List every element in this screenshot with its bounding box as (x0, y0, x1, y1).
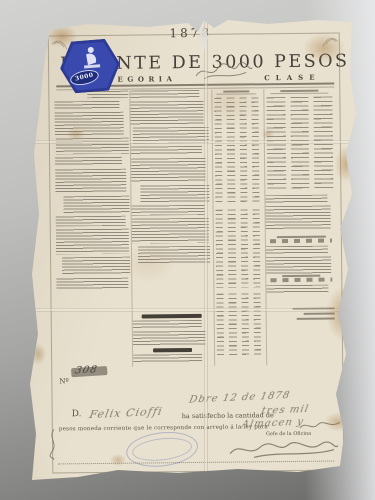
fine-print-block (55, 169, 126, 194)
clase-label: CLASE (264, 73, 320, 83)
text-column-1 (54, 91, 131, 368)
fine-print-block (266, 206, 331, 230)
fine-print-block (64, 196, 130, 214)
fine-print-block (62, 257, 130, 276)
fine-print-block (266, 285, 328, 294)
text-column-2 (130, 90, 211, 367)
numero-field: Nº 308 (59, 368, 69, 387)
number-column (214, 98, 222, 204)
table-mini-heading (223, 90, 249, 92)
fold-crease-horizontal (28, 140, 358, 144)
fine-print-block (133, 331, 206, 347)
office-oval-stamp-inner (131, 435, 193, 464)
official-signature (226, 436, 342, 461)
table-mini-rule (217, 93, 256, 94)
fine-print-block (133, 320, 202, 329)
number-column (228, 210, 236, 288)
printed-layer: 1878 PATENTE DE 3000 PESOS CATEGORIA CLA… (26, 12, 361, 489)
fine-print-paragraphs (266, 246, 336, 275)
fine-print-block (131, 158, 206, 183)
numero-handwritten: 308 (74, 365, 99, 377)
tariff-table-column (212, 89, 263, 365)
fine-print-block (56, 216, 126, 227)
fine-print-paragraphs (133, 354, 211, 367)
fine-print-block (55, 157, 122, 167)
fine-print-block (131, 146, 202, 156)
number-column (216, 210, 224, 288)
table-mini-heading (282, 275, 321, 277)
fine-print-block (132, 218, 209, 244)
fine-print-paragraphs (133, 320, 211, 347)
fine-print-body (54, 88, 339, 367)
number-column (240, 209, 248, 287)
fine-print-block (266, 246, 328, 255)
number-column (252, 209, 260, 287)
number-column (241, 293, 249, 357)
section-header-bar (141, 314, 202, 319)
number-row (270, 239, 332, 244)
fine-print-block (132, 205, 205, 216)
don-label: D. (72, 409, 82, 419)
photo-background: 1878 PATENTE DE 3000 PESOS CATEGORIA CLA… (0, 0, 375, 500)
number-column (251, 97, 259, 203)
number-column (253, 293, 261, 357)
number-table (214, 209, 263, 287)
fine-print-block (130, 90, 199, 99)
signature-line (303, 313, 335, 315)
number-column (239, 97, 247, 203)
section-header-bar (153, 348, 192, 352)
fine-print-block (140, 185, 210, 203)
patent-document-sheet: 1878 PATENTE DE 3000 PESOS CATEGORIA CLA… (28, 14, 358, 488)
fine-print-block (56, 278, 128, 290)
fine-print-block (266, 257, 331, 275)
fine-print-paragraphs (130, 90, 210, 313)
number-column (229, 294, 237, 358)
fine-print-block (55, 112, 124, 136)
signature-line (296, 318, 335, 320)
number-table (214, 293, 263, 357)
fold-crease-vertical (204, 14, 208, 488)
tariff-table-column-right (264, 89, 337, 366)
fine-print-paragraphs (266, 285, 336, 306)
number-column (216, 294, 224, 358)
number-row (270, 278, 332, 283)
fine-print-block (133, 354, 202, 363)
fine-print-block (56, 229, 130, 255)
fold-crease-horizontal (28, 308, 358, 312)
table-mini-rule (271, 93, 328, 95)
margin-flourish (46, 427, 60, 461)
table-mini-heading (280, 90, 319, 92)
printer-imprint: Imprenta de la Penitenciaria (30, 464, 360, 486)
fine-print-paragraphs (265, 195, 335, 236)
fine-print-block (265, 195, 327, 204)
fine-print-block (138, 246, 210, 265)
byline-lines (88, 91, 129, 98)
fine-print-block (54, 101, 119, 110)
number-table (212, 97, 261, 203)
numero-label: Nº (59, 377, 69, 385)
fine-print-block (130, 101, 203, 125)
number-column (227, 98, 235, 204)
amount-handwritten: tres mil (260, 404, 310, 417)
